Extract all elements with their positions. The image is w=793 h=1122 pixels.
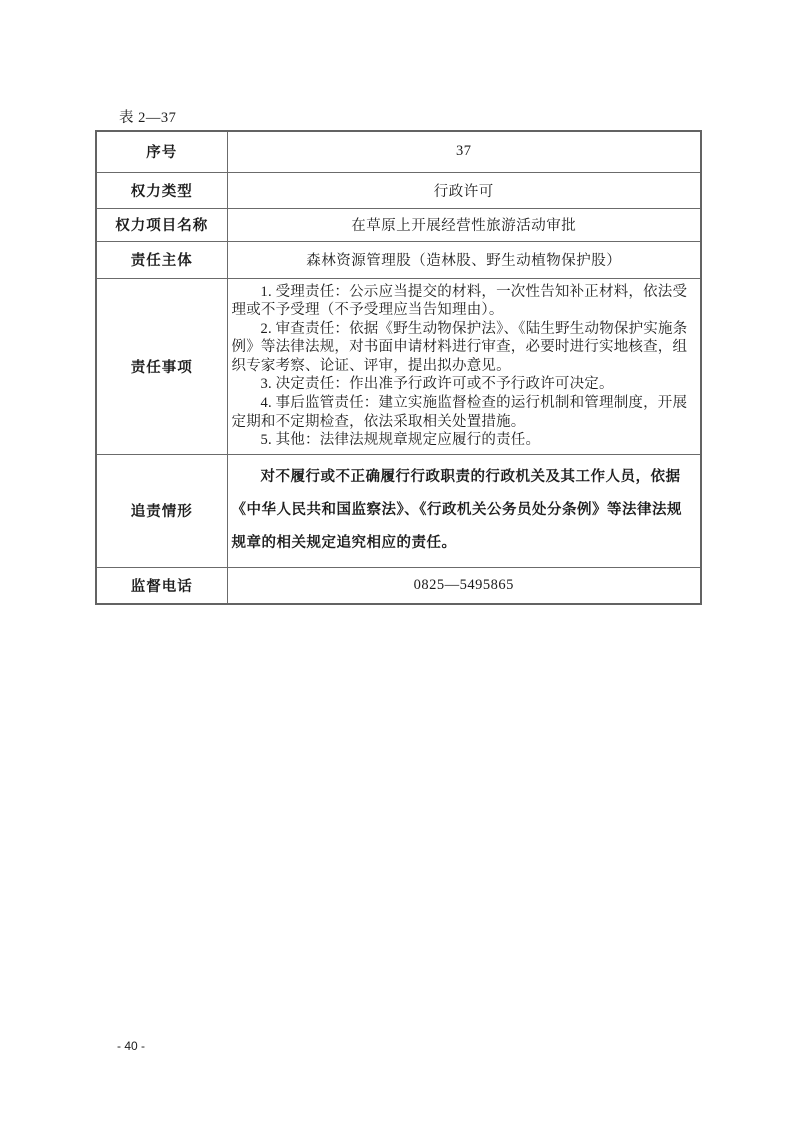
- row-value-responsibility-items: 1. 受理责任：公示应当提交的材料，一次性告知补正材料，依法受理或不予受理（不予…: [227, 278, 701, 454]
- row-value-supervision-phone: 0825—5495865: [227, 567, 701, 604]
- row-label-responsibility-items: 责任事项: [96, 278, 227, 454]
- row-value-responsible-body: 森林资源管理股（造林股、野生动植物保护股）: [227, 241, 701, 278]
- duty-table: 序号 37 权力类型 行政许可 权力项目名称 在草原上开展经营性旅游活动审批 责…: [95, 130, 702, 605]
- table-row-serial-number: 序号 37: [96, 131, 701, 172]
- responsibility-item-4: 4. 事后监管责任：建立实施监督检查的运行机制和管理制度，开展定期和不定期检查，…: [232, 394, 697, 431]
- responsibility-item-2: 2. 审查责任：依据《野生动物保护法》、《陆生野生动物保护实施条例》等法律法规，…: [232, 320, 697, 376]
- table-row-responsible-body: 责任主体 森林资源管理股（造林股、野生动植物保护股）: [96, 241, 701, 278]
- row-label-responsible-body: 责任主体: [96, 241, 227, 278]
- table-row-supervision-phone: 监督电话 0825—5495865: [96, 567, 701, 604]
- row-label-power-item-name: 权力项目名称: [96, 208, 227, 241]
- row-value-serial-number: 37: [227, 131, 701, 172]
- responsibility-item-1: 1. 受理责任：公示应当提交的材料，一次性告知补正材料，依法受理或不予受理（不予…: [232, 283, 697, 320]
- row-label-accountability: 追责情形: [96, 454, 227, 567]
- row-label-serial-number: 序号: [96, 131, 227, 172]
- table-row-power-item-name: 权力项目名称 在草原上开展经营性旅游活动审批: [96, 208, 701, 241]
- page-number: - 40 -: [117, 1039, 145, 1053]
- row-value-power-item-name: 在草原上开展经营性旅游活动审批: [227, 208, 701, 241]
- table-caption: 表 2—37: [119, 106, 176, 127]
- responsibility-item-3: 3. 决定责任：作出准予行政许可或不予行政许可决定。: [232, 375, 697, 394]
- table-row-responsibility-items: 责任事项 1. 受理责任：公示应当提交的材料，一次性告知补正材料，依法受理或不予…: [96, 278, 701, 454]
- row-value-accountability: 对不履行或不正确履行行政职责的行政机关及其工作人员，依据《中华人民共和国监察法》…: [227, 454, 701, 567]
- row-value-power-type: 行政许可: [227, 172, 701, 208]
- table-row-accountability: 追责情形 对不履行或不正确履行行政职责的行政机关及其工作人员，依据《中华人民共和…: [96, 454, 701, 567]
- responsibility-item-5: 5. 其他：法律法规规章规定应履行的责任。: [232, 431, 697, 450]
- row-label-supervision-phone: 监督电话: [96, 567, 227, 604]
- accountability-text: 对不履行或不正确履行行政职责的行政机关及其工作人员，依据《中华人民共和国监察法》…: [232, 461, 697, 560]
- document-page: 表 2—37 序号 37 权力类型 行政许可 权力项目名称 在草原上开展经营性旅…: [0, 0, 793, 1122]
- table-row-power-type: 权力类型 行政许可: [96, 172, 701, 208]
- row-label-power-type: 权力类型: [96, 172, 227, 208]
